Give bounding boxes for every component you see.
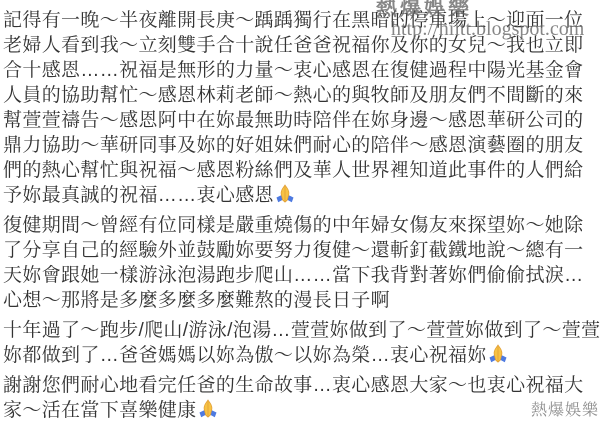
- folded-hands-emoji: [198, 399, 218, 419]
- paragraph-2-text: 復健期間～曾經有位同樣是嚴重燒傷的中年婦女傷友來探望妳～她除了分享自己的經驗外並…: [3, 215, 584, 311]
- paragraph-3: 十年過了～跑步/爬山/游泳/泡湯…萱萱妳做到了～萱萱妳做到了～萱萱妳都做到了…爸…: [3, 318, 602, 368]
- post-image: 記得有一晚～半夜離開長庚～踽踽獨行在黑暗的停車場上～迎面一位老婦人看到我～立刻雙…: [0, 0, 604, 422]
- paragraph-2: 復健期間～曾經有位同樣是嚴重燒傷的中年婦女傷友來探望妳～她除了分享自己的經驗外並…: [3, 213, 602, 313]
- paragraph-4-text: 謝謝您們耐心地看完任爸的生命故事…衷心感恩大家～也衷心祝福大家～活在當下喜樂健康: [3, 375, 584, 421]
- paragraph-1: 記得有一晚～半夜離開長庚～踽踽獨行在黑暗的停車場上～迎面一位老婦人看到我～立刻雙…: [3, 8, 602, 208]
- paragraph-1-text: 記得有一晚～半夜離開長庚～踽踽獨行在黑暗的停車場上～迎面一位老婦人看到我～立刻雙…: [3, 10, 584, 206]
- folded-hands-emoji: [488, 344, 508, 364]
- paragraph-3-text: 十年過了～跑步/爬山/游泳/泡湯…萱萱妳做到了～萱萱妳做到了～萱萱妳都做到了…爸…: [3, 320, 600, 366]
- paragraph-4: 謝謝您們耐心地看完任爸的生命故事…衷心感恩大家～也衷心祝福大家～活在當下喜樂健康: [3, 373, 602, 422]
- folded-hands-emoji: [275, 184, 295, 204]
